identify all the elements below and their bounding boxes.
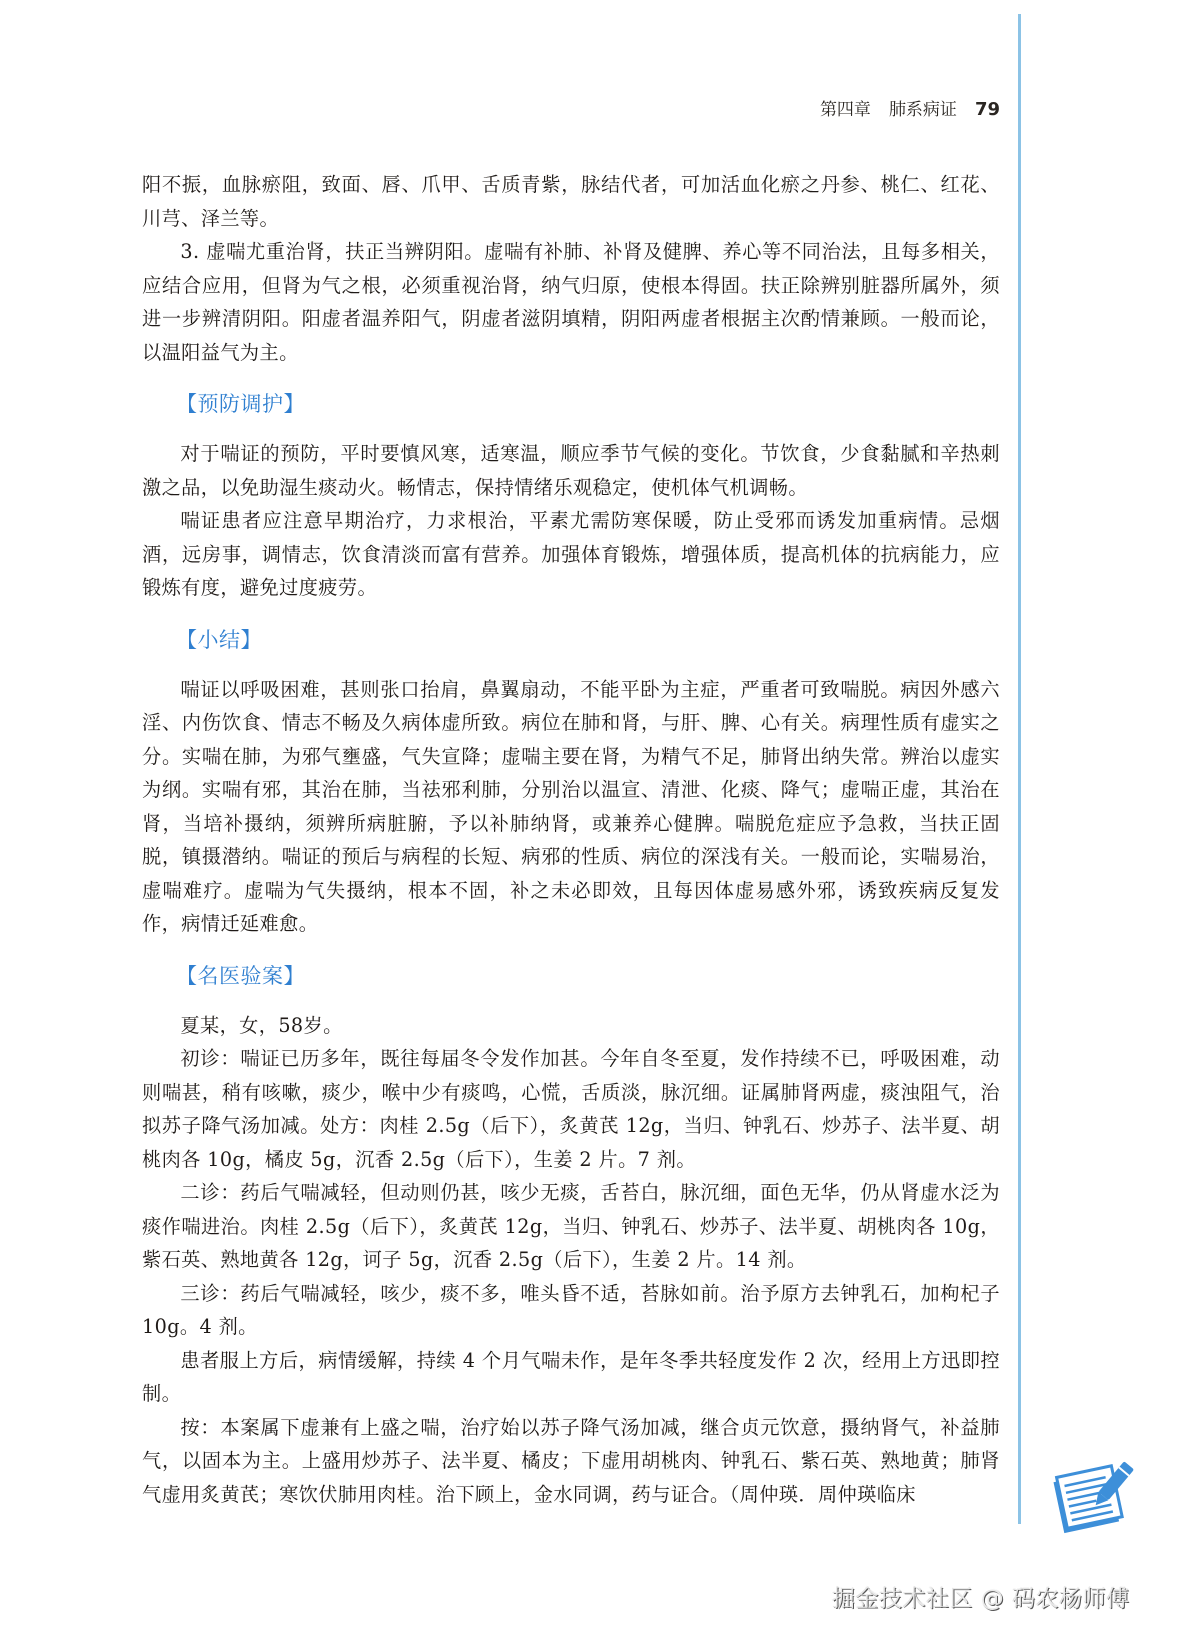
watermark: 掘金技术社区 @ 码农杨师傅	[832, 1580, 1130, 1613]
paragraph: 患者服上方后，病情缓解，持续 4 个月气喘未作，是年冬季共轻度发作 2 次，经用…	[142, 1344, 1000, 1411]
section-heading-prevention: 【预防调护】	[176, 389, 1000, 419]
paragraph: 按：本案属下虚兼有上盛之喘，治疗始以苏子降气汤加减，继合贞元饮意，摄纳肾气，补益…	[142, 1411, 1000, 1512]
paragraph: 二诊：药后气喘减轻，但动则仍甚，咳少无痰，舌苔白，脉沉细，面色无华，仍从肾虚水泛…	[142, 1176, 1000, 1277]
paragraph: 夏某，女，58岁。	[142, 1009, 1000, 1043]
paragraph: 喘证患者应注意早期治疗，力求根治，平素尤需防寒保暖，防止受邪而诱发加重病情。忌烟…	[142, 504, 1000, 605]
running-header: 第四章 肺系病证 79	[820, 95, 1000, 120]
paragraph: 3. 虚喘尤重治肾，扶正当辨阴阳。虚喘有补肺、补肾及健脾、养心等不同治法，且每多…	[142, 235, 1000, 369]
chapter-title: 肺系病证	[889, 95, 957, 120]
section-heading-summary: 【小结】	[176, 625, 1000, 655]
page-body: 阳不振，血脉瘀阻，致面、唇、爪甲、舌质青紫，脉结代者，可加活血化瘀之丹参、桃仁、…	[142, 168, 1000, 1511]
margin-rule	[1018, 14, 1021, 1524]
page-number: 79	[975, 99, 1000, 120]
paragraph: 对于喘证的预防，平时要慎风寒，适寒温，顺应季节气候的变化。节饮食，少食黏腻和辛热…	[142, 437, 1000, 504]
section-heading-case-study: 【名医验案】	[176, 961, 1000, 991]
paragraph: 阳不振，血脉瘀阻，致面、唇、爪甲、舌质青紫，脉结代者，可加活血化瘀之丹参、桃仁、…	[142, 168, 1000, 235]
notebook-pencil-icon	[1050, 1455, 1140, 1537]
chapter-number: 第四章	[820, 95, 871, 120]
paragraph: 初诊：喘证已历多年，既往每届冬令发作加甚。今年自冬至夏，发作持续不已，呼吸困难，…	[142, 1042, 1000, 1176]
paragraph: 喘证以呼吸困难，甚则张口抬肩，鼻翼扇动，不能平卧为主症，严重者可致喘脱。病因外感…	[142, 673, 1000, 941]
paragraph: 三诊：药后气喘减轻，咳少，痰不多，唯头昏不适，苔脉如前。治予原方去钟乳石，加枸杞…	[142, 1277, 1000, 1344]
